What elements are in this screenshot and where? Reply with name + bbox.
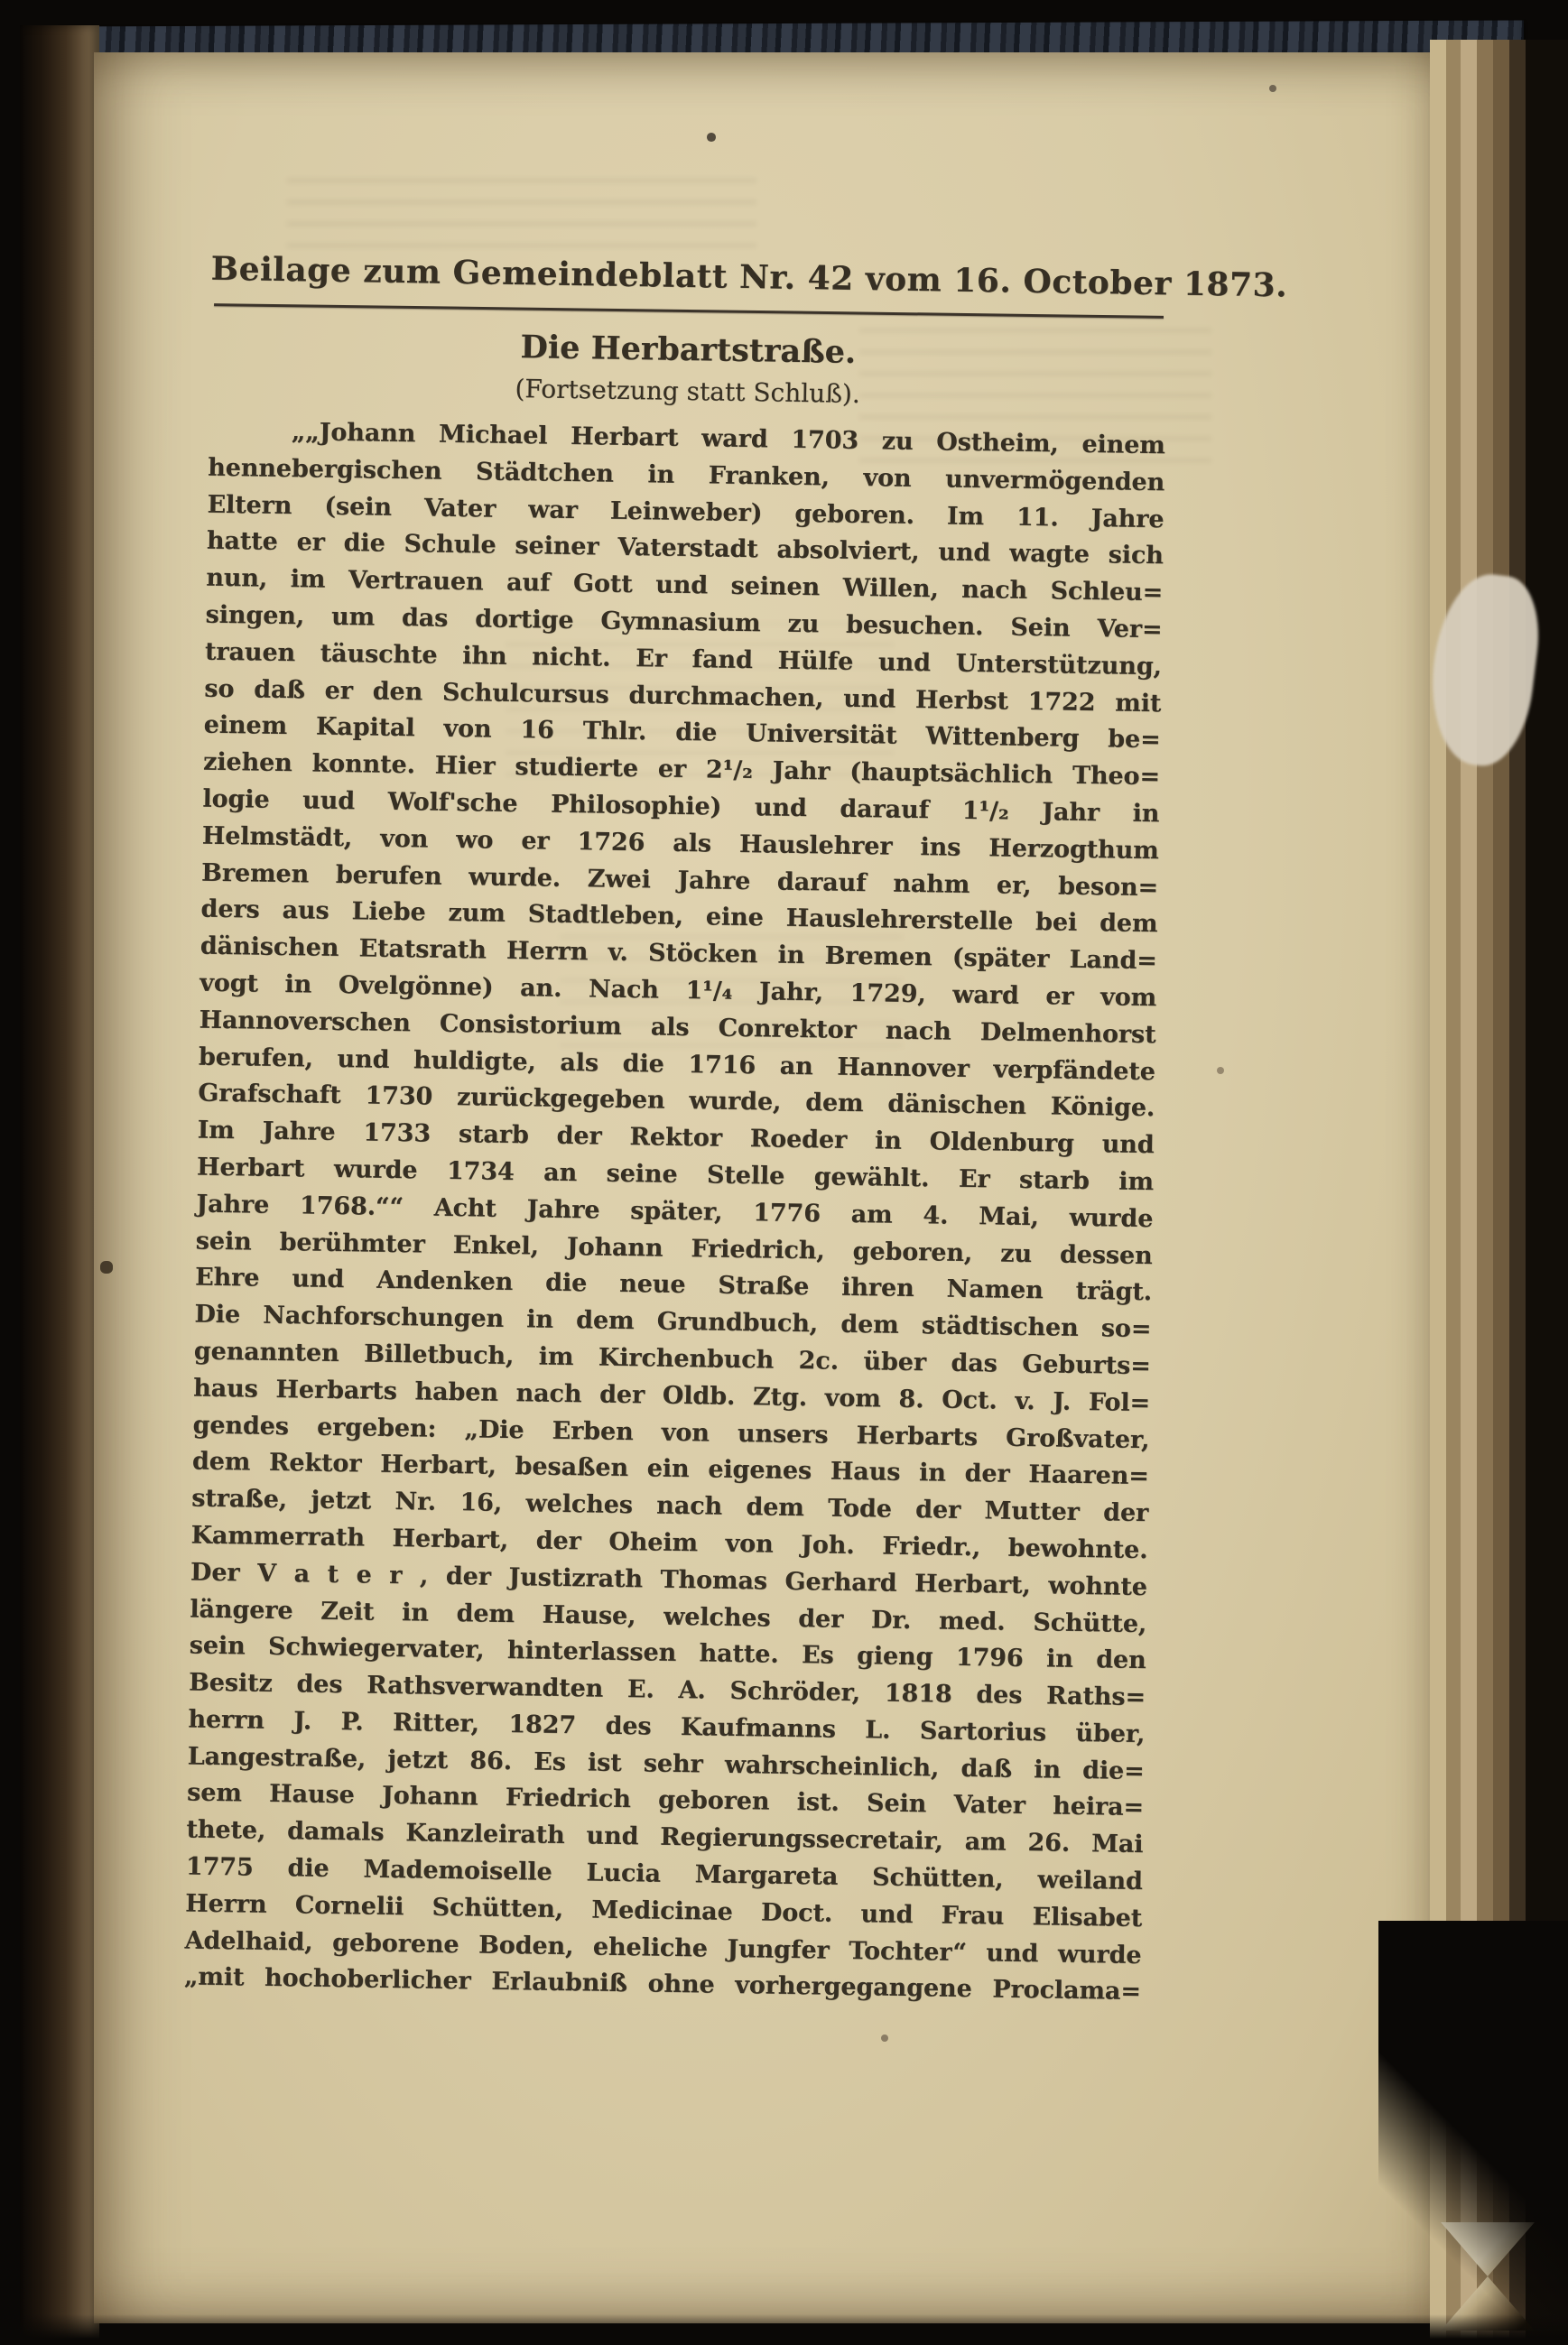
- printed-content: Beilage zum Gemeindeblatt Nr. 42 vom 16.…: [184, 248, 1168, 2012]
- book-spine-gutter: [20, 25, 99, 2345]
- article-body: „„Johann Michael Herbart ward 1703 zu Os…: [184, 413, 1165, 2012]
- bottom-shadow: [0, 2314, 1568, 2345]
- ink-speckles: [0, 0, 4, 4]
- corner-shadow: [1378, 1921, 1568, 2345]
- masthead-rule: [214, 303, 1164, 319]
- scanned-book-page: Beilage zum Gemeindeblatt Nr. 42 vom 16.…: [0, 0, 1568, 2345]
